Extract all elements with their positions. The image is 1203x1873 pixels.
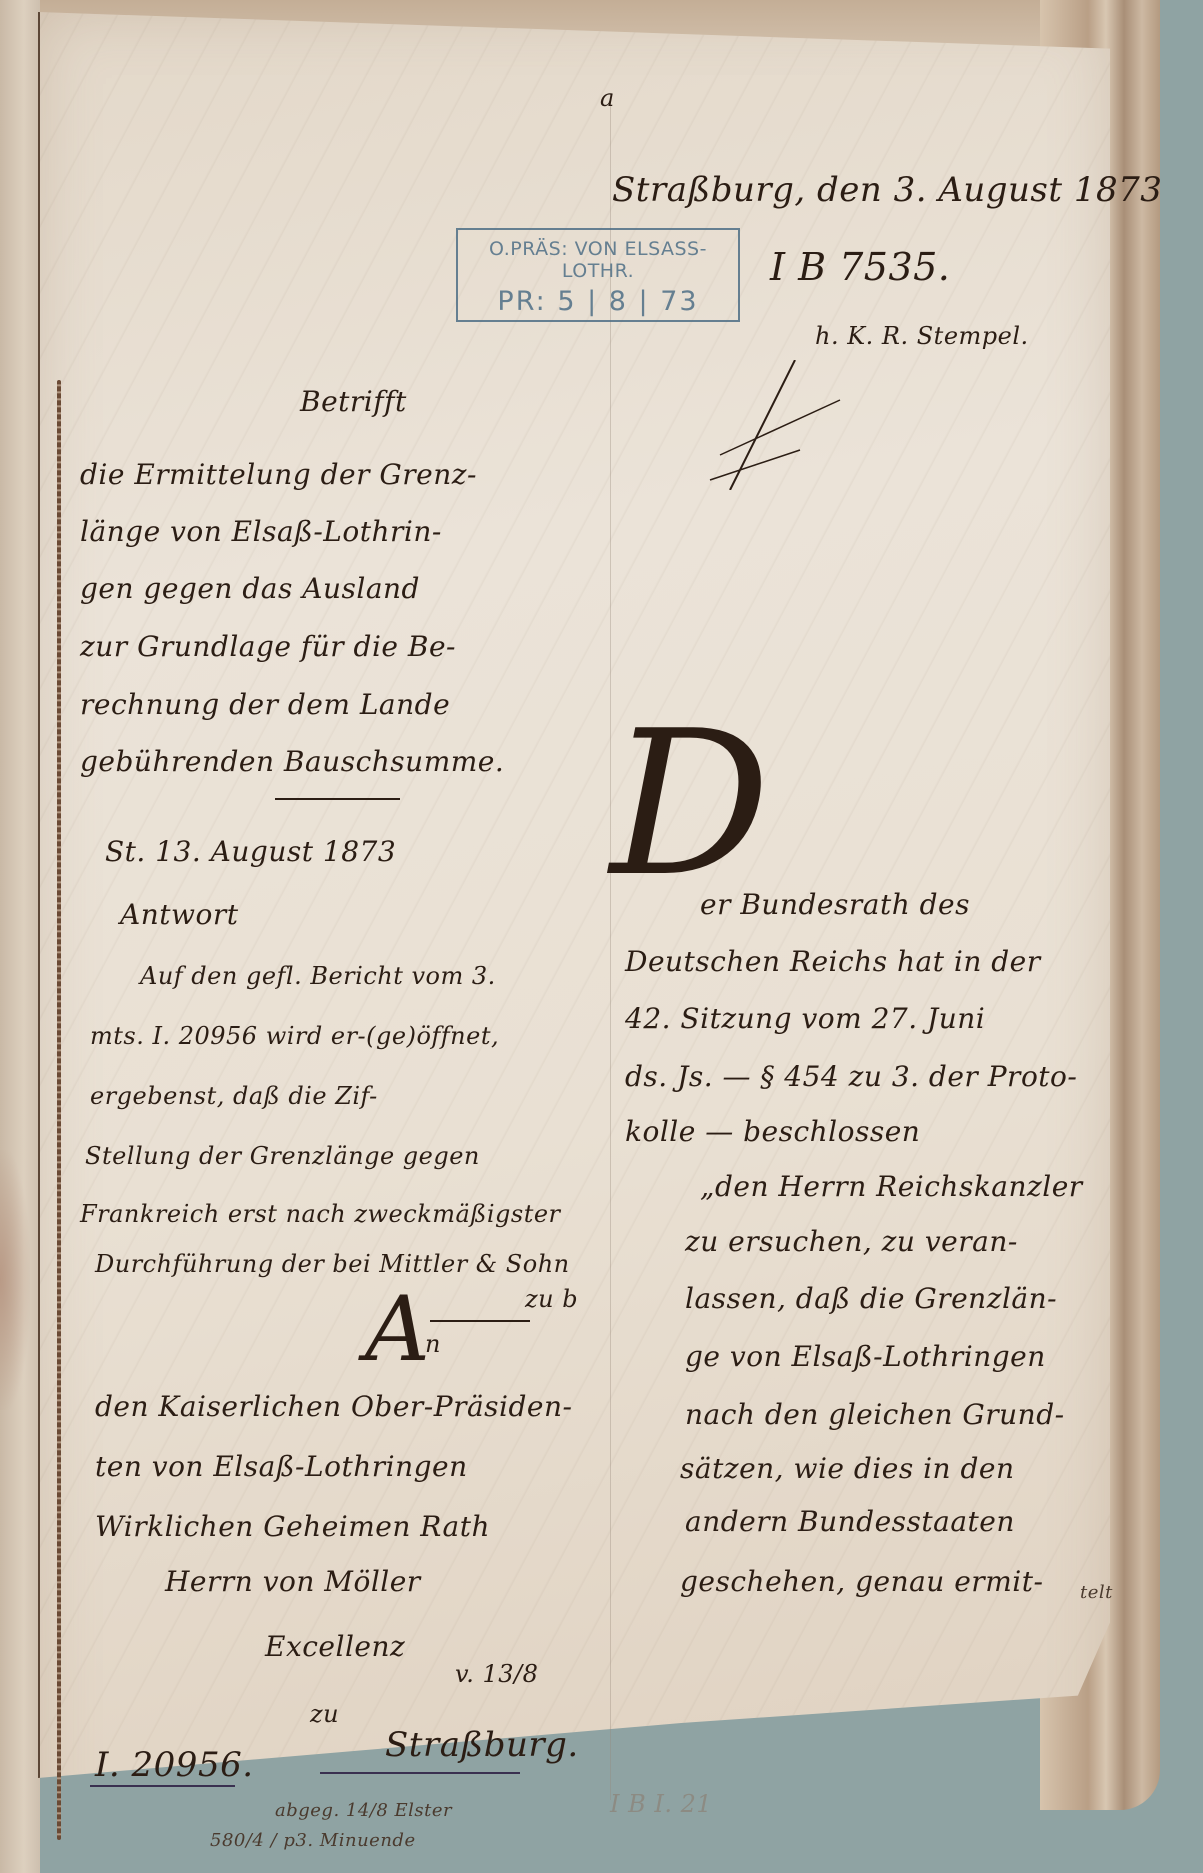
page-fold-line	[610, 100, 611, 1800]
top-mark: a	[600, 84, 615, 112]
annotation-underline	[430, 1320, 530, 1322]
subject-line: rechnung der dem Lande	[80, 688, 450, 721]
catchword: telt	[1080, 1582, 1113, 1603]
address-place: Straßburg.	[385, 1725, 579, 1765]
address-place-prefix: zu	[310, 1700, 339, 1728]
subject-line: länge von Elsaß-Lothrin-	[80, 515, 442, 548]
body-line: nach den gleichen Grund-	[685, 1398, 1065, 1431]
place-date: Straßburg, den 3. August 1873	[612, 170, 1162, 210]
body-line: „den Herrn Reichskanzler	[700, 1170, 1083, 1203]
separator-rule	[275, 798, 400, 800]
address-honorific: Excellenz	[265, 1630, 405, 1663]
answer-line: ergebenst, daß die Zif-	[90, 1082, 378, 1110]
address-line: ten von Elsaß-Lothringen	[95, 1450, 468, 1483]
stamp-note: h. K. R. Stempel.	[815, 322, 1029, 350]
subject-line: gen gegen das Ausland	[80, 572, 420, 605]
answer-line: mts. I. 20956 wird er-(ge)öffnet,	[90, 1022, 499, 1050]
dispatch-note: abgeg. 14/8 Elster	[275, 1800, 452, 1821]
pencil-bottom-mark: I B I. 21	[610, 1790, 712, 1818]
address-line: den Kaiserlichen Ober-Präsiden-	[95, 1390, 572, 1423]
body-line: 42. Sitzung vom 27. Juni	[625, 1002, 985, 1035]
reference-number: I B 7535.	[770, 245, 950, 289]
subject-heading: Betrifft	[300, 385, 407, 418]
answer-line: Stellung der Grenzlänge gegen	[85, 1142, 480, 1170]
answer-line: Frankreich erst nach zweckmäßigster	[80, 1200, 561, 1228]
pencil-note: 580/4 / p3. Minuende	[210, 1830, 416, 1851]
body-line: sätzen, wie dies in den	[680, 1452, 1015, 1485]
body-line: er Bundesrath des	[700, 888, 970, 921]
subject-line: zur Grundlage für die Be-	[80, 630, 456, 663]
address-date-note: v. 13/8	[455, 1660, 538, 1688]
address-initial-suffix: n	[425, 1330, 441, 1358]
place-underline	[320, 1772, 520, 1774]
binding-cord	[57, 380, 61, 1840]
address-line: Wirklichen Geheimen Rath	[95, 1510, 490, 1543]
body-line: kolle — beschlossen	[625, 1115, 920, 1148]
body-line: geschehen, genau ermit-	[680, 1565, 1043, 1598]
answer-line: Durchführung der bei Mittler & Sohn	[95, 1250, 570, 1278]
left-page-edge	[0, 0, 40, 1873]
stamp-line-2: PR: 5 | 8 | 73	[458, 286, 738, 317]
answer-label: Antwort	[120, 898, 238, 931]
answer-annotation: zu b	[525, 1285, 578, 1313]
subject-line: die Ermittelung der Grenz-	[80, 458, 477, 491]
received-stamp: O.PRÄS: VON ELSASS-LOTHR. PR: 5 | 8 | 73	[456, 228, 740, 322]
body-initial: D	[610, 705, 770, 905]
journal-underline	[90, 1785, 235, 1787]
answer-line: Auf den gefl. Bericht vom 3.	[140, 962, 496, 990]
body-line: ds. Js. — § 454 zu 3. der Proto-	[625, 1060, 1077, 1093]
finger-shadow	[0, 1150, 30, 1410]
address-initial: A	[365, 1285, 430, 1375]
answer-date: St. 13. August 1873	[105, 835, 396, 868]
body-line: lassen, daß die Grenzlän-	[685, 1282, 1057, 1315]
journal-number: I. 20956.	[95, 1745, 254, 1785]
body-line: zu ersuchen, zu veran-	[685, 1225, 1018, 1258]
address-line: Herrn von Möller	[165, 1565, 421, 1598]
cross-out-mark	[700, 360, 850, 490]
stamp-line-1: O.PRÄS: VON ELSASS-LOTHR.	[458, 238, 738, 282]
body-line: Deutschen Reichs hat in der	[625, 945, 1041, 978]
subject-line: gebührenden Bauschsumme.	[80, 745, 504, 778]
body-line: andern Bundesstaaten	[685, 1505, 1015, 1538]
body-line: ge von Elsaß-Lothringen	[685, 1340, 1046, 1373]
